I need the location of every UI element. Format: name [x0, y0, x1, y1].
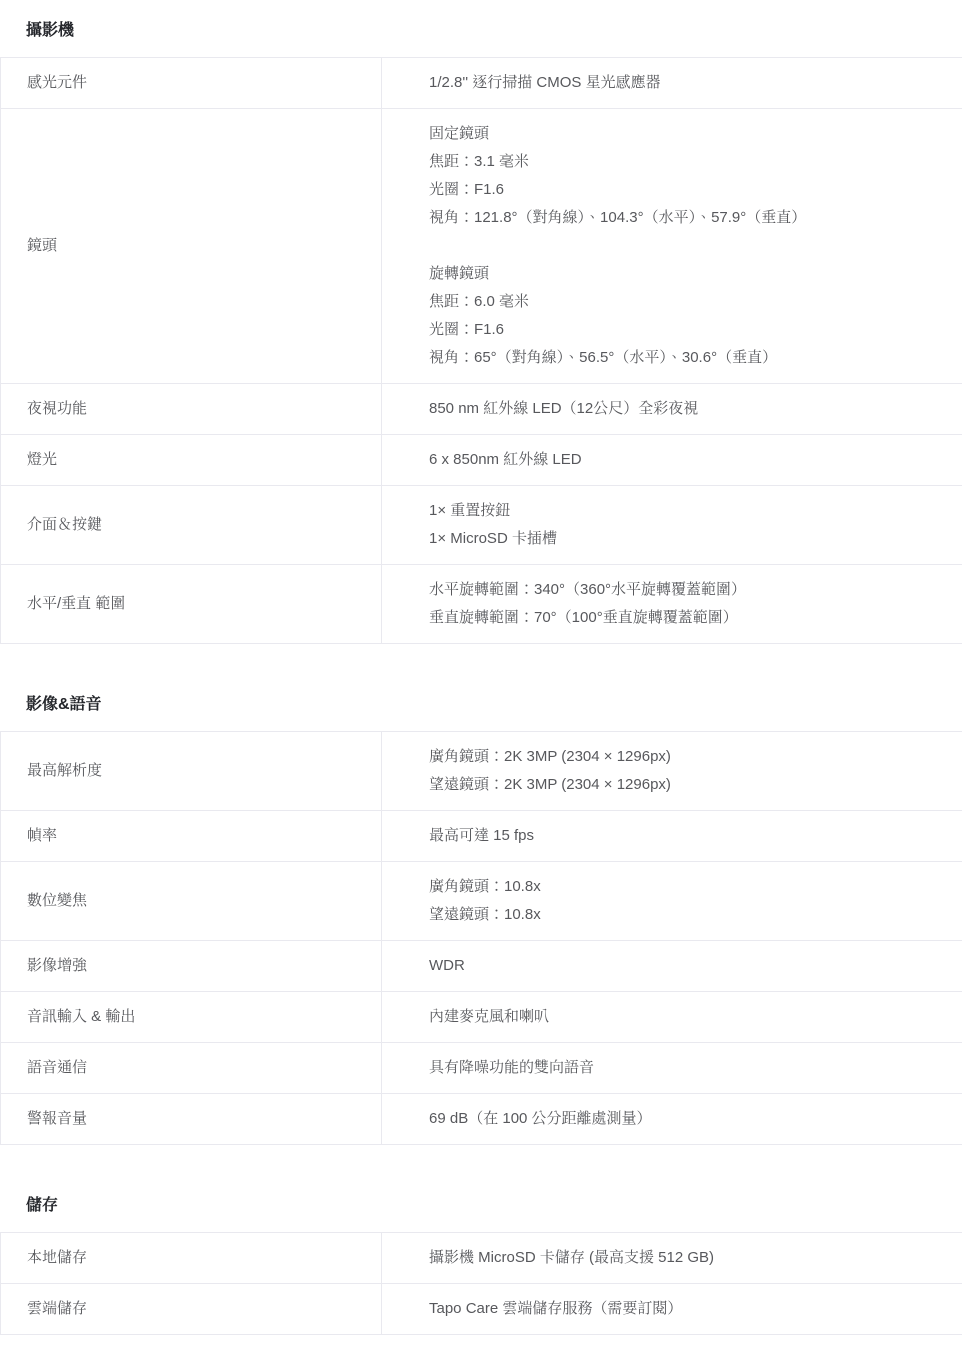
spec-row: 音訊輸入 & 輸出內建麥克風和喇叭 — [1, 992, 962, 1043]
spec-row: 最高解析度廣角鏡頭：2K 3MP (2304 × 1296px)望遠鏡頭：2K … — [1, 732, 962, 811]
spec-value-line: 內建麥克風和喇叭 — [429, 1003, 942, 1031]
spec-value-line: 850 nm 紅外線 LED（12公尺）全彩夜視 — [429, 395, 942, 423]
spec-row: 雲端儲存Tapo Care 雲端儲存服務（需要訂閱） — [1, 1284, 962, 1335]
spec-row: 本地儲存攝影機 MicroSD 卡儲存 (最高支援 512 GB) — [1, 1233, 962, 1284]
spec-value: 6 x 850nm 紅外線 LED — [381, 435, 962, 485]
spec-label: 警報音量 — [1, 1094, 381, 1144]
spec-section: 儲存本地儲存攝影機 MicroSD 卡儲存 (最高支援 512 GB)雲端儲存T… — [0, 1195, 962, 1335]
spec-row: 鏡頭固定鏡頭焦距：3.1 毫米光圈：F1.6視角：121.8°（對角線）、104… — [1, 109, 962, 384]
spec-row: 幀率最高可達 15 fps — [1, 811, 962, 862]
spec-label: 水平/垂直 範圍 — [1, 565, 381, 643]
spec-value-line: 固定鏡頭 — [429, 120, 942, 148]
spec-value: 1/2.8'' 逐行掃描 CMOS 星光感應器 — [381, 58, 962, 108]
spec-row: 影像增強WDR — [1, 941, 962, 992]
spec-label: 語音通信 — [1, 1043, 381, 1093]
spec-value-line: WDR — [429, 952, 942, 980]
spec-label: 音訊輸入 & 輸出 — [1, 992, 381, 1042]
spec-row: 警報音量69 dB（在 100 公分距離處測量） — [1, 1094, 962, 1145]
spec-label: 感光元件 — [1, 58, 381, 108]
section-title: 影像&語音 — [0, 694, 962, 716]
spec-row: 燈光6 x 850nm 紅外線 LED — [1, 435, 962, 486]
spec-label: 鏡頭 — [1, 109, 381, 383]
spec-label: 雲端儲存 — [1, 1284, 381, 1334]
spec-label: 燈光 — [1, 435, 381, 485]
spec-value-line: 焦距：3.1 毫米 — [429, 148, 942, 176]
spec-value-line: 望遠鏡頭：2K 3MP (2304 × 1296px) — [429, 771, 942, 799]
spec-value: 最高可達 15 fps — [381, 811, 962, 861]
spec-value-line: 1× MicroSD 卡插槽 — [429, 525, 942, 553]
spec-value-line: Tapo Care 雲端儲存服務（需要訂閱） — [429, 1295, 942, 1323]
spec-label: 介面＆按鍵 — [1, 486, 381, 564]
spec-value: 850 nm 紅外線 LED（12公尺）全彩夜視 — [381, 384, 962, 434]
spec-value-line: 水平旋轉範圍：340°（360°水平旋轉覆蓋範圍） — [429, 576, 942, 604]
spec-label: 幀率 — [1, 811, 381, 861]
spec-value-line: 6 x 850nm 紅外線 LED — [429, 446, 942, 474]
spec-value-line: 垂直旋轉範圍：70°（100°垂直旋轉覆蓋範圍） — [429, 604, 942, 632]
spec-table: 攝影機感光元件1/2.8'' 逐行掃描 CMOS 星光感應器鏡頭固定鏡頭焦距：3… — [0, 20, 962, 1335]
spec-label: 影像增強 — [1, 941, 381, 991]
section-rows: 最高解析度廣角鏡頭：2K 3MP (2304 × 1296px)望遠鏡頭：2K … — [0, 731, 962, 1145]
spec-row: 數位變焦廣角鏡頭：10.8x望遠鏡頭：10.8x — [1, 862, 962, 941]
spec-value-blank-line — [429, 232, 942, 260]
spec-value: Tapo Care 雲端儲存服務（需要訂閱） — [381, 1284, 962, 1334]
spec-value: 內建麥克風和喇叭 — [381, 992, 962, 1042]
spec-value: 固定鏡頭焦距：3.1 毫米光圈：F1.6視角：121.8°（對角線）、104.3… — [381, 109, 962, 383]
spec-row: 水平/垂直 範圍水平旋轉範圍：340°（360°水平旋轉覆蓋範圍）垂直旋轉範圍：… — [1, 565, 962, 644]
spec-value: 廣角鏡頭：2K 3MP (2304 × 1296px)望遠鏡頭：2K 3MP (… — [381, 732, 962, 810]
spec-value-line: 望遠鏡頭：10.8x — [429, 901, 942, 929]
spec-value: 攝影機 MicroSD 卡儲存 (最高支援 512 GB) — [381, 1233, 962, 1283]
spec-label: 數位變焦 — [1, 862, 381, 940]
spec-row: 語音通信具有降噪功能的雙向語音 — [1, 1043, 962, 1094]
spec-value-line: 最高可達 15 fps — [429, 822, 942, 850]
spec-value: WDR — [381, 941, 962, 991]
spec-section: 影像&語音最高解析度廣角鏡頭：2K 3MP (2304 × 1296px)望遠鏡… — [0, 694, 962, 1145]
spec-value-line: 攝影機 MicroSD 卡儲存 (最高支援 512 GB) — [429, 1244, 942, 1272]
section-rows: 感光元件1/2.8'' 逐行掃描 CMOS 星光感應器鏡頭固定鏡頭焦距：3.1 … — [0, 57, 962, 644]
spec-value-line: 廣角鏡頭：10.8x — [429, 873, 942, 901]
section-rows: 本地儲存攝影機 MicroSD 卡儲存 (最高支援 512 GB)雲端儲存Tap… — [0, 1232, 962, 1335]
spec-value: 69 dB（在 100 公分距離處測量） — [381, 1094, 962, 1144]
spec-value-line: 視角：65°（對角線）、56.5°（水平）、30.6°（垂直） — [429, 344, 942, 372]
spec-value-line: 光圈：F1.6 — [429, 316, 942, 344]
spec-label: 夜視功能 — [1, 384, 381, 434]
spec-value-line: 視角：121.8°（對角線）、104.3°（水平）、57.9°（垂直） — [429, 204, 942, 232]
spec-value-line: 具有降噪功能的雙向語音 — [429, 1054, 942, 1082]
spec-label: 本地儲存 — [1, 1233, 381, 1283]
spec-value-line: 光圈：F1.6 — [429, 176, 942, 204]
spec-value-line: 69 dB（在 100 公分距離處測量） — [429, 1105, 942, 1133]
spec-value-line: 旋轉鏡頭 — [429, 260, 942, 288]
spec-value-line: 1/2.8'' 逐行掃描 CMOS 星光感應器 — [429, 69, 942, 97]
spec-value-line: 廣角鏡頭：2K 3MP (2304 × 1296px) — [429, 743, 942, 771]
spec-value-line: 1× 重置按鈕 — [429, 497, 942, 525]
spec-value: 1× 重置按鈕1× MicroSD 卡插槽 — [381, 486, 962, 564]
spec-value: 具有降噪功能的雙向語音 — [381, 1043, 962, 1093]
spec-row: 感光元件1/2.8'' 逐行掃描 CMOS 星光感應器 — [1, 58, 962, 109]
spec-row: 夜視功能850 nm 紅外線 LED（12公尺）全彩夜視 — [1, 384, 962, 435]
spec-label: 最高解析度 — [1, 732, 381, 810]
spec-value: 廣角鏡頭：10.8x望遠鏡頭：10.8x — [381, 862, 962, 940]
section-title: 儲存 — [0, 1195, 962, 1217]
spec-value-line: 焦距：6.0 毫米 — [429, 288, 942, 316]
section-title: 攝影機 — [0, 20, 962, 42]
spec-row: 介面＆按鍵1× 重置按鈕1× MicroSD 卡插槽 — [1, 486, 962, 565]
spec-section: 攝影機感光元件1/2.8'' 逐行掃描 CMOS 星光感應器鏡頭固定鏡頭焦距：3… — [0, 20, 962, 644]
spec-value: 水平旋轉範圍：340°（360°水平旋轉覆蓋範圍）垂直旋轉範圍：70°（100°… — [381, 565, 962, 643]
